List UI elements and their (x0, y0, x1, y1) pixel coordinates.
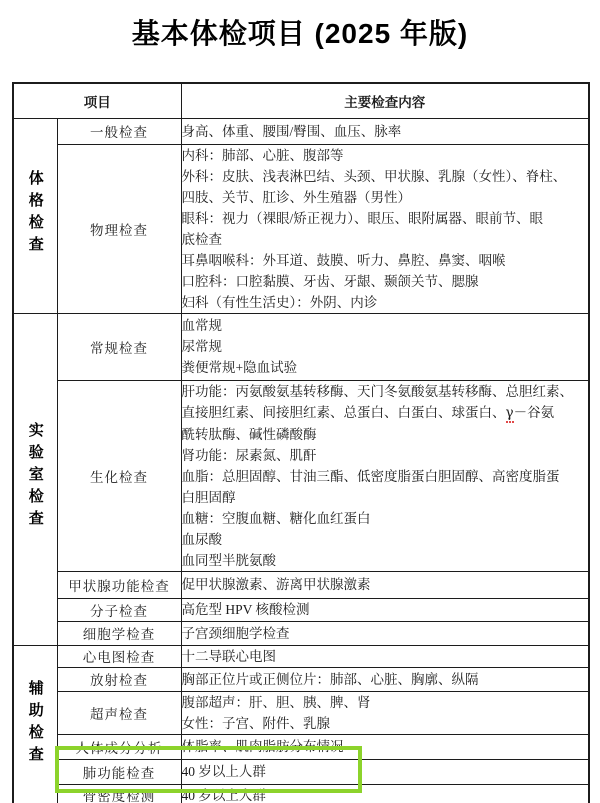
row-biochem-content: 肝功能：丙氨酸氨基转移酶、天门冬氨酸氨基转移酶、总胆红素、 直接胆红素、间接胆红… (181, 380, 589, 571)
row-pulmonary-content: 40 岁以上人群 (181, 759, 589, 784)
table-row: 骨密度检测 40 岁以上人群 (13, 784, 589, 803)
category-auxiliary-label: 辅助检查 (25, 680, 46, 768)
row-physical-content: 内科：肺部、心脏、腹部等 外科：皮肤、浅表淋巴结、头颈、甲状腺、乳腺（女性）、脊… (181, 144, 589, 313)
biochem-line-lipid-1: 血脂：总胆固醇、甘油三酯、低密度脂蛋白胆固醇、高密度脂蛋 (182, 466, 589, 487)
table-row: 生化检查 肝功能：丙氨酸氨基转移酶、天门冬氨酸氨基转移酶、总胆红素、 直接胆红素… (13, 380, 589, 571)
table-row: 超声检查 腹部超声：肝、胆、胰、脾、肾 女性：子宫、附件、乳腺 (13, 691, 589, 734)
table-header-row: 项目 主要检查内容 (13, 83, 589, 118)
exam-items-table: 项目 主要检查内容 体格检查 一般检查 身高、体重、腰围/臀围、血压、脉率 物理… (12, 82, 590, 803)
page-title: 基本体检项目 (2025 年版) (0, 12, 600, 52)
row-cytology-label: 细胞学检查 (57, 621, 181, 645)
biochem-line-lipid-2: 白胆固醇 (182, 487, 589, 508)
row-body-composition-content: 体脂率、肌肉脂肪分布情况 (181, 734, 589, 759)
row-routine-content: 血常规 尿常规 粪便常规+隐血试验 (181, 313, 589, 380)
biochem-gamma-prefix: 直接胆红素、间接胆红素、总蛋白、白蛋白、球蛋白、 (182, 405, 506, 420)
row-biochem-label: 生化检查 (57, 380, 181, 571)
biochem-line-uric-acid: 血尿酸 (182, 529, 589, 550)
row-physical-label: 物理检查 (57, 144, 181, 313)
row-ecg-label: 心电图检查 (57, 645, 181, 667)
row-ultrasound-content: 腹部超声：肝、胆、胰、脾、肾 女性：子宫、附件、乳腺 (181, 691, 589, 734)
row-bone-density-label: 骨密度检测 (57, 784, 181, 803)
row-general-content: 身高、体重、腰围/臀围、血压、脉率 (181, 118, 589, 144)
table-row: 物理检查 内科：肺部、心脏、腹部等 外科：皮肤、浅表淋巴结、头颈、甲状腺、乳腺（… (13, 144, 589, 313)
row-routine-label: 常规检查 (57, 313, 181, 380)
category-cell-physique: 体格检查 (13, 118, 57, 313)
row-thyroid-label: 甲状腺功能检查 (57, 571, 181, 598)
row-thyroid-content: 促甲状腺激素、游离甲状腺激素 (181, 571, 589, 598)
row-radiology-content: 胸部正位片或正侧位片：肺部、心脏、胸廓、纵隔 (181, 667, 589, 691)
biochem-line-liver-2: 直接胆红素、间接胆红素、总蛋白、白蛋白、球蛋白、γ－谷氨 (182, 402, 589, 424)
category-cell-auxiliary: 辅助检查 (13, 645, 57, 803)
row-pulmonary-label: 肺功能检查 (57, 759, 181, 784)
table-row: 人体成分分析 体脂率、肌肉脂肪分布情况 (13, 734, 589, 759)
category-physique-label: 体格检查 (25, 170, 46, 258)
category-laboratory-label: 实验室检查 (25, 422, 46, 532)
row-body-composition-label: 人体成分分析 (57, 734, 181, 759)
row-molecular-label: 分子检查 (57, 598, 181, 621)
table-row: 实验室检查 常规检查 血常规 尿常规 粪便常规+隐血试验 (13, 313, 589, 380)
table-row: 体格检查 一般检查 身高、体重、腰围/臀围、血压、脉率 (13, 118, 589, 144)
table-row: 辅助检查 心电图检查 十二导联心电图 (13, 645, 589, 667)
table-row: 放射检查 胸部正位片或正侧位片：肺部、心脏、胸廓、纵隔 (13, 667, 589, 691)
table-row: 细胞学检查 子宫颈细胞学检查 (13, 621, 589, 645)
biochem-line-kidney: 肾功能：尿素氮、肌酐 (182, 445, 589, 466)
row-ultrasound-label: 超声检查 (57, 691, 181, 734)
table-row: 分子检查 高危型 HPV 核酸检测 (13, 598, 589, 621)
row-cytology-content: 子宫颈细胞学检查 (181, 621, 589, 645)
row-bone-density-content: 40 岁以上人群 (181, 784, 589, 803)
table-row: 甲状腺功能检查 促甲状腺激素、游离甲状腺激素 (13, 571, 589, 598)
gamma-char: γ (506, 405, 514, 423)
document-page: 基本体检项目 (2025 年版) 项目 主要检查内容 体格检查 一般检查 身高、… (0, 0, 600, 803)
biochem-line-glucose: 血糖：空腹血糖、糖化血红蛋白 (182, 508, 589, 529)
row-radiology-label: 放射检查 (57, 667, 181, 691)
category-cell-laboratory: 实验室检查 (13, 313, 57, 645)
biochem-gamma-suffix: －谷氨 (514, 405, 555, 420)
biochem-line-homocysteine: 血同型半胱氨酸 (182, 550, 589, 571)
row-general-label: 一般检查 (57, 118, 181, 144)
row-molecular-content: 高危型 HPV 核酸检测 (181, 598, 589, 621)
biochem-line-liver-1: 肝功能：丙氨酸氨基转移酶、天门冬氨酸氨基转移酶、总胆红素、 (182, 381, 589, 402)
table-row: 肺功能检查 40 岁以上人群 (13, 759, 589, 784)
header-cell-projects: 项目 (13, 83, 181, 118)
row-ecg-content: 十二导联心电图 (181, 645, 589, 667)
biochem-line-liver-3: 酰转肽酶、碱性磷酸酶 (182, 424, 589, 445)
header-cell-content: 主要检查内容 (181, 83, 589, 118)
